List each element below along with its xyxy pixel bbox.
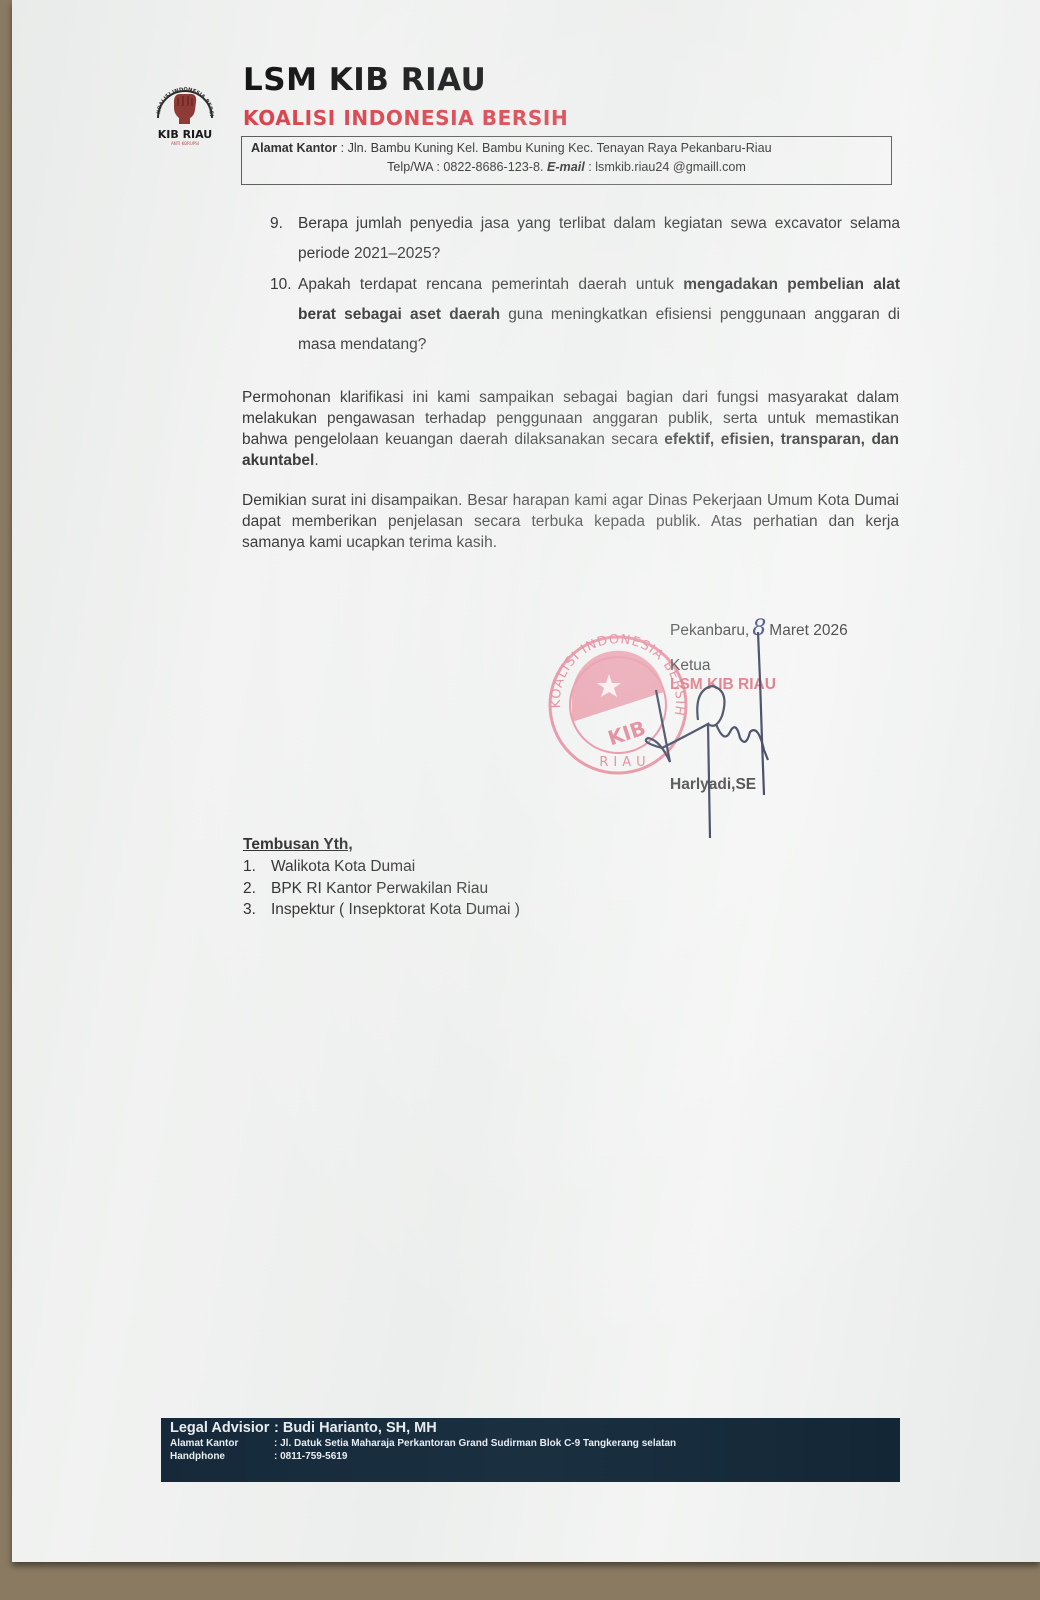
email-value: : lsmkib.riau24 @gmaill.com	[585, 160, 746, 174]
address-value: : Jln. Bambu Kuning Kel. Bambu Kuning Ke…	[337, 141, 772, 155]
legal-advisor-row: Legal Advisior: Budi Harianto, SH, MH	[170, 1418, 900, 1437]
carbon-copy-heading: Tembusan Yth,	[243, 836, 353, 854]
letterhead-address-box: Alamat Kantor : Jln. Bambu Kuning Kel. B…	[241, 136, 892, 185]
address-label: Alamat Kantor	[251, 141, 337, 155]
signer-name: Harlyadi,SE	[670, 776, 756, 794]
organization-subtitle: KOALISI INDONESIA BERSIH	[243, 106, 568, 130]
letter-page: KOALISI INDONESIA BERSIH KIB RIAU ANTI K…	[12, 0, 1040, 1562]
list-item: 2.BPK RI Kantor Perwakilan Riau	[243, 878, 520, 900]
legal-advisor-footer: Legal Advisior: Budi Harianto, SH, MH Al…	[161, 1418, 900, 1482]
carbon-copy-list: 1.Walikota Kota Dumai 2.BPK RI Kantor Pe…	[243, 856, 520, 921]
question-text: Apakah terdapat rencana pemerintah daera…	[298, 270, 900, 360]
question-item: 10. Apakah terdapat rencana pemerintah d…	[270, 270, 900, 360]
svg-text:ANTI KORUPSI: ANTI KORUPSI	[171, 141, 199, 146]
list-item: 3.Inspektur ( Insepktorat Kota Dumai )	[243, 899, 520, 921]
question-item: 9. Berapa jumlah penyedia jasa yang terl…	[270, 209, 900, 269]
email-label: E-mail	[547, 160, 585, 174]
handwritten-signature-icon	[612, 620, 792, 850]
closing-paragraph: Demikian surat ini disampaikan. Besar ha…	[242, 490, 899, 553]
office-address-row: Alamat Kantor: Jl. Datuk Setia Maharaja …	[170, 1437, 900, 1450]
question-text: Berapa jumlah penyedia jasa yang terliba…	[298, 209, 900, 269]
svg-text:KIB RIAU: KIB RIAU	[158, 128, 213, 141]
organization-title: LSM KIB RIAU	[243, 62, 486, 98]
handphone-row: Handphone: 0811-759-5619	[170, 1450, 900, 1463]
list-item: 1.Walikota Kota Dumai	[243, 856, 520, 878]
kib-riau-fist-logo-icon: KOALISI INDONESIA BERSIH KIB RIAU ANTI K…	[150, 76, 220, 156]
clarification-paragraph: Permohonan klarifikasi ini kami sampaika…	[242, 387, 899, 471]
question-number: 10.	[270, 270, 292, 300]
contact-line: Telp/WA : 0822-8686-123-8. E-mail : lsmk…	[242, 158, 891, 177]
phone-text: Telp/WA : 0822-8686-123-8.	[387, 160, 547, 174]
question-number: 9.	[270, 209, 283, 239]
address-line: Alamat Kantor : Jln. Bambu Kuning Kel. B…	[242, 139, 891, 158]
